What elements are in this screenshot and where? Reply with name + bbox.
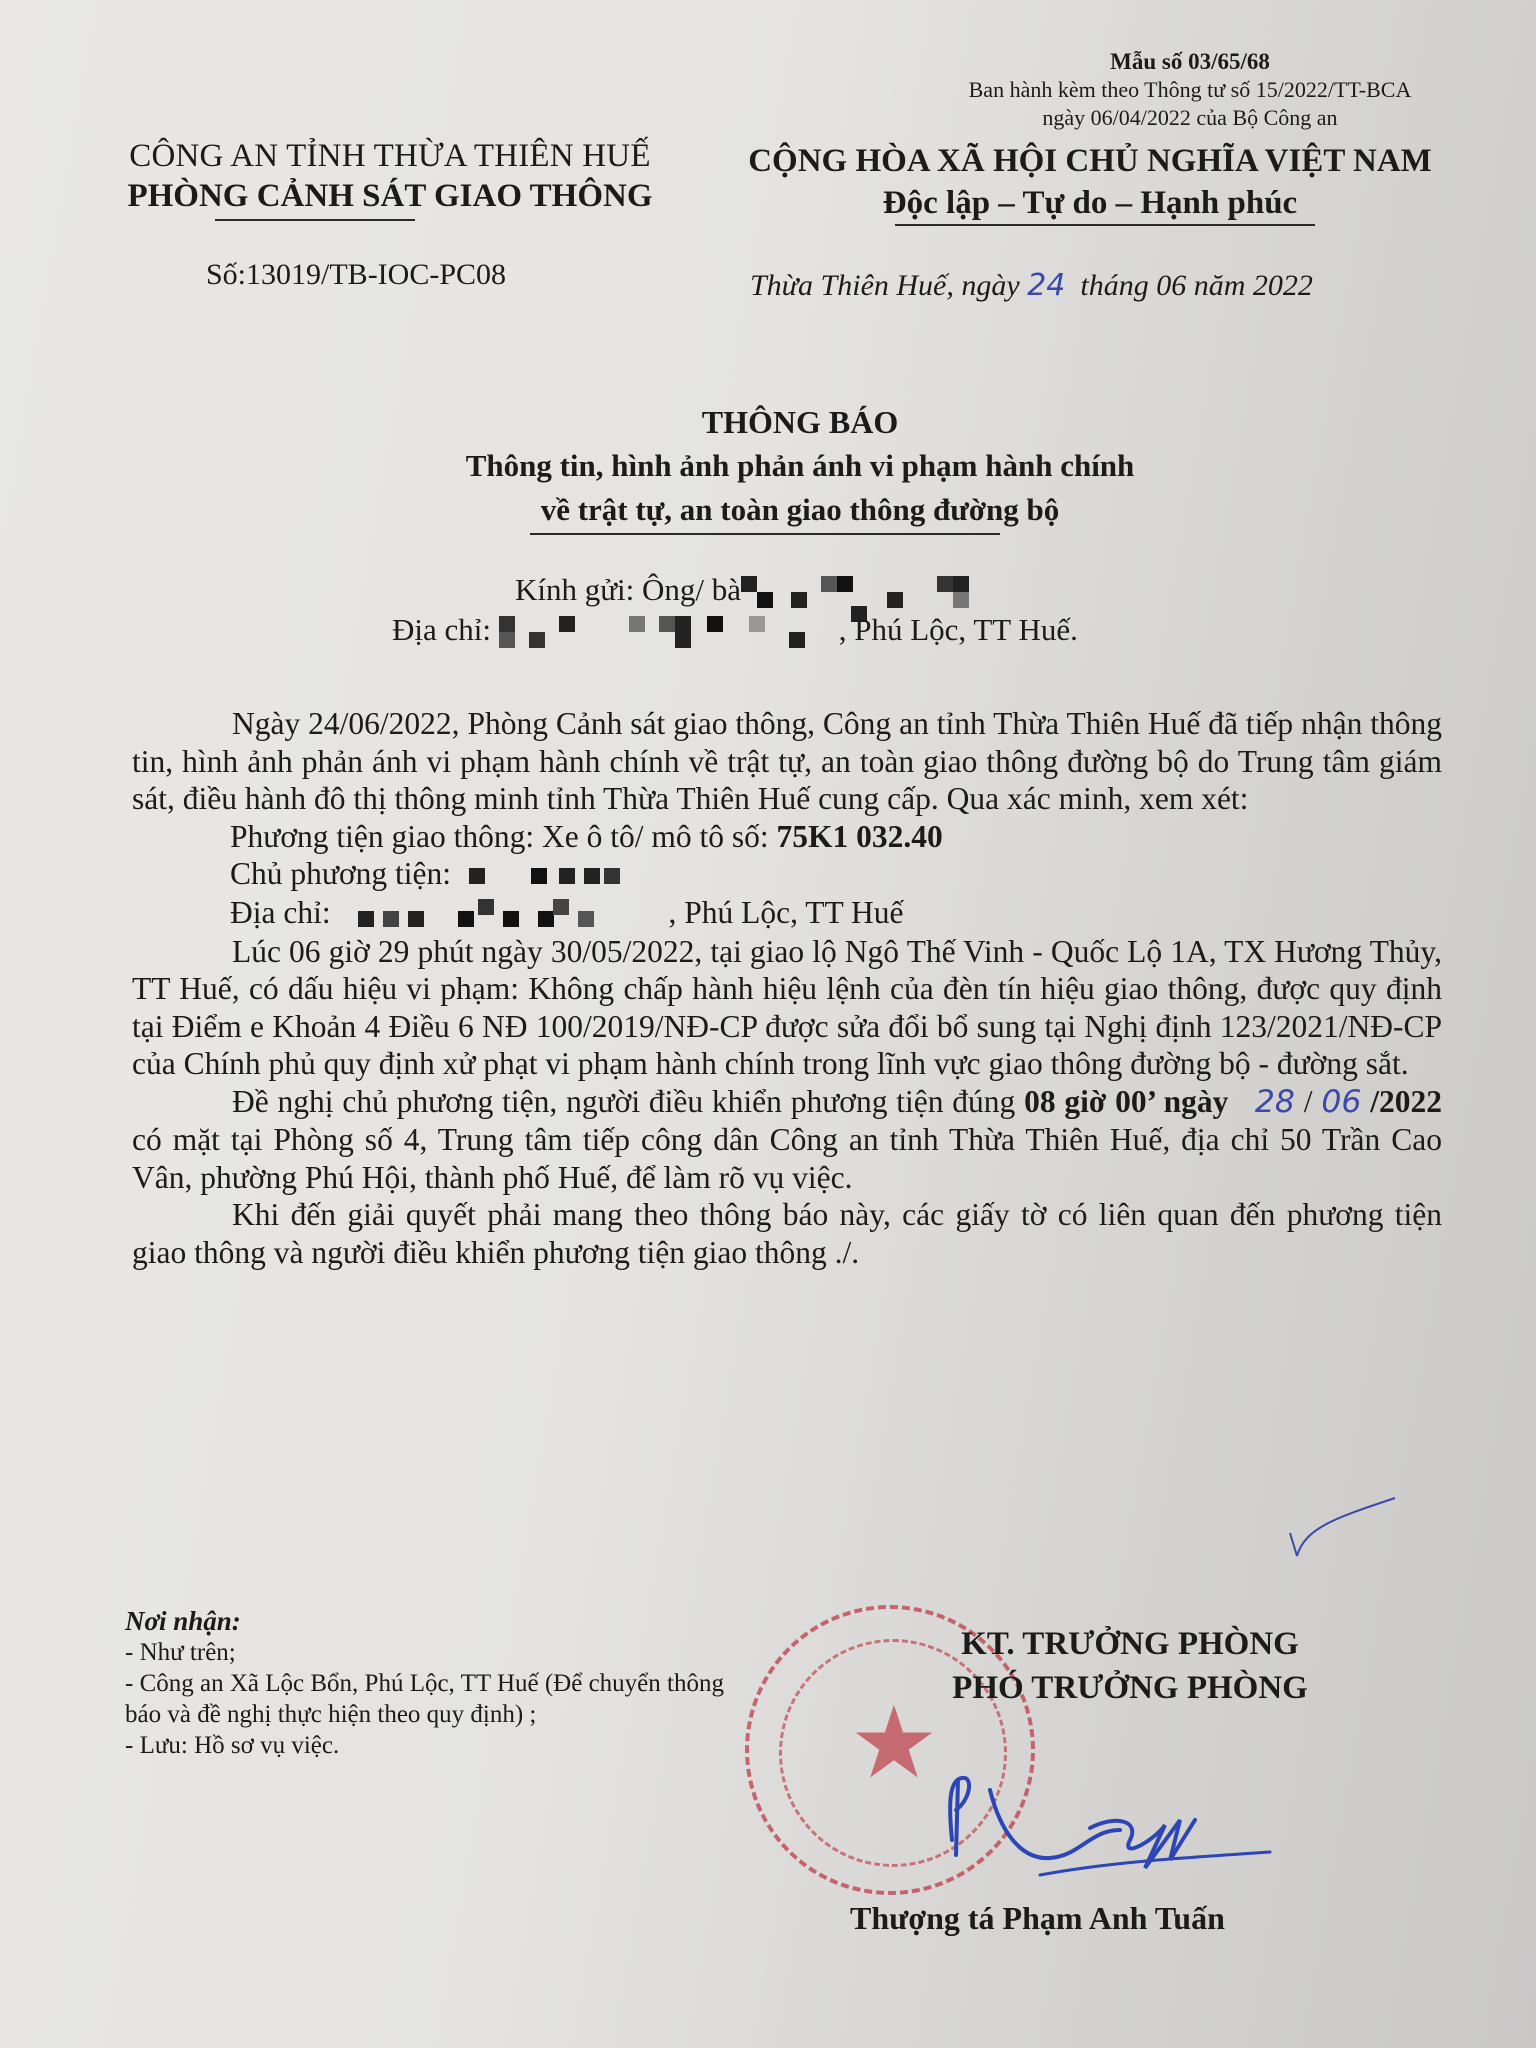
- title-underline: [530, 533, 1000, 535]
- owner-address-line: Địa chỉ: , Phú Lộc, TT Huế: [132, 894, 1442, 933]
- nation-motto: Độc lập – Tự do – Hạnh phúc: [700, 182, 1480, 224]
- recipient-item: - Như trên;: [125, 1637, 745, 1668]
- redacted-owner-address: [338, 899, 668, 933]
- form-info: Mẫu số 03/65/68 Ban hành kèm theo Thông …: [880, 48, 1500, 132]
- redacted-owner: [459, 860, 719, 894]
- vehicle-plate: 75K1 032.40: [776, 819, 942, 854]
- owner-address-suffix: , Phú Lộc, TT Huế: [668, 895, 903, 930]
- recipients-block: Nơi nhận: - Như trên; - Công an Xã Lộc B…: [125, 1606, 745, 1761]
- recipients-heading: Nơi nhận:: [125, 1606, 745, 1637]
- owner-line: Chủ phương tiện:: [132, 855, 1442, 894]
- date-separator: /: [1304, 1084, 1313, 1119]
- paragraph-documents: Khi đến giải quyết phải mang theo thông …: [132, 1196, 1442, 1271]
- title-main: THÔNG BÁO: [300, 400, 1300, 444]
- notice-body: Ngày 24/06/2022, Phòng Cảnh sát giao thô…: [132, 705, 1442, 1271]
- redacted-address: [499, 616, 839, 650]
- recipient-item: - Công an Xã Lộc Bổn, Phú Lộc, TT Huế (Đ…: [125, 1668, 745, 1730]
- signature-title: KT. TRƯỞNG PHÒNG PHÓ TRƯỞNG PHÒNG: [830, 1622, 1430, 1710]
- paragraph-violation: Lúc 06 giờ 29 phút ngày 30/05/2022, tại …: [132, 933, 1442, 1083]
- redacted-name: [741, 576, 981, 610]
- org-department: PHÒNG CẢNH SÁT GIAO THÔNG: [90, 176, 690, 216]
- form-issued-date: ngày 06/04/2022 của Bộ Công an: [880, 104, 1500, 132]
- form-number: Mẫu số 03/65/68: [880, 48, 1500, 76]
- handwritten-signature: [940, 1760, 1280, 1880]
- national-header: CỘNG HÒA XÃ HỘI CHỦ NGHĨA VIỆT NAM Độc l…: [700, 140, 1480, 224]
- address-suffix: , Phú Lộc, TT Huế.: [839, 612, 1078, 647]
- recipient-item: - Lưu: Hồ sơ vụ việc.: [125, 1730, 745, 1761]
- summons-text-pre: Đề nghị chủ phương tiện, người điều khiể…: [232, 1084, 1024, 1119]
- summons-year: /2022: [1370, 1084, 1442, 1119]
- org-underline: [215, 219, 415, 221]
- vehicle-label: Phương tiện giao thông: Xe ô tô/ mô tô s…: [230, 819, 776, 854]
- nation-name: CỘNG HÒA XÃ HỘI CHỦ NGHĨA VIỆT NAM: [700, 140, 1480, 182]
- summons-time: 08 giờ 00’ ngày: [1024, 1084, 1228, 1119]
- document-number: Số:13019/TB-IOC-PC08: [206, 258, 506, 292]
- signature-line-1: KT. TRƯỞNG PHÒNG: [830, 1622, 1430, 1666]
- ink-check-mark: [1285, 1488, 1405, 1558]
- org-header: CÔNG AN TỈNH THỪA THIÊN HUẾ PHÒNG CẢNH S…: [90, 136, 690, 216]
- handwritten-summons-day: 28: [1255, 1084, 1295, 1120]
- handwritten-summons-month: 06: [1321, 1084, 1361, 1120]
- org-parent: CÔNG AN TỈNH THỪA THIÊN HUẾ: [90, 136, 690, 176]
- title-sub-1: Thông tin, hình ảnh phản ánh vi phạm hàn…: [300, 444, 1300, 488]
- recipient-address: Địa chỉ: , Phú Lộc, TT Huế.: [392, 612, 1078, 650]
- title-sub-2: về trật tự, an toàn giao thông đường bộ: [300, 488, 1300, 532]
- signer-name: Thượng tá Phạm Anh Tuấn: [850, 1900, 1225, 1937]
- recipient-salutation: Kính gửi: Ông/ bà: [515, 572, 981, 610]
- owner-label: Chủ phương tiện:: [230, 856, 451, 891]
- paragraph-summons: Đề nghị chủ phương tiện, người điều khiể…: [132, 1083, 1442, 1197]
- document-page: Mẫu số 03/65/68 Ban hành kèm theo Thông …: [0, 0, 1536, 2048]
- address-label: Địa chỉ:: [392, 612, 491, 647]
- place-date-month-year: tháng 06 năm 2022: [1080, 269, 1313, 302]
- place-date: Thừa Thiên Huế, ngày 24 tháng 06 năm 202…: [750, 268, 1313, 303]
- signature-line-2: PHÓ TRƯỞNG PHÒNG: [830, 1666, 1430, 1710]
- handwritten-day: 24: [1027, 268, 1065, 303]
- salutation-label: Kính gửi: Ông/ bà: [515, 572, 741, 607]
- summons-text-post: có mặt tại Phòng số 4, Trung tâm tiếp cô…: [132, 1122, 1442, 1195]
- paragraph-received: Ngày 24/06/2022, Phòng Cảnh sát giao thô…: [132, 705, 1442, 818]
- owner-address-label: Địa chỉ:: [230, 895, 331, 930]
- notice-title: THÔNG BÁO Thông tin, hình ảnh phản ánh v…: [300, 400, 1300, 532]
- vehicle-line: Phương tiện giao thông: Xe ô tô/ mô tô s…: [132, 818, 1442, 856]
- place-date-prefix: Thừa Thiên Huế, ngày: [750, 269, 1020, 302]
- motto-underline: [895, 224, 1315, 226]
- form-issued-with: Ban hành kèm theo Thông tư số 15/2022/TT…: [880, 76, 1500, 104]
